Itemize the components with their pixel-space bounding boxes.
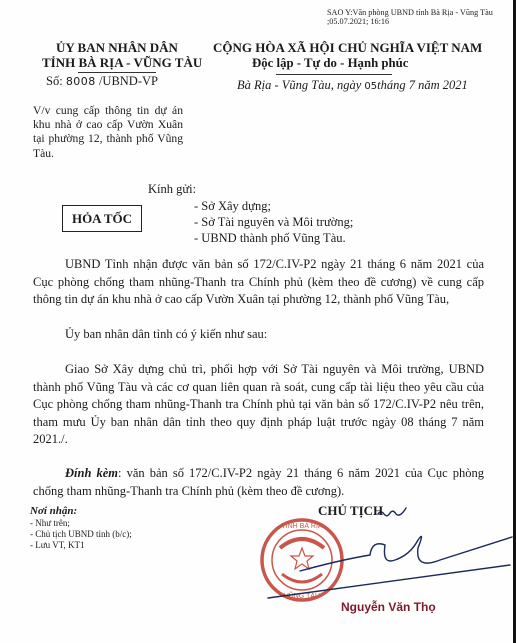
org-underline <box>78 72 156 73</box>
urgency-badge: HỎA TỐC <box>62 205 142 232</box>
place-date-day: 05 <box>364 81 377 92</box>
recipient-item: - Như trên; <box>30 518 132 529</box>
signer-position: CHỦ TỊCH <box>318 503 383 519</box>
official-seal-icon: TỈNH BÀ RỊA VŨNG TÀU <box>262 520 342 600</box>
copy-stamp-line1: SAO Y:Văn phòng UBND tỉnh Bà Rịa - Vũng … <box>327 8 493 17</box>
addressee-item: - Sở Tài nguyên và Môi trường; <box>194 214 353 230</box>
recipients-list: - Như trên; - Chủ tịch UBND tỉnh (b/c); … <box>30 518 132 551</box>
addressee-list: - Sở Xây dựng; - Sở Tài nguyên và Môi tr… <box>194 198 353 246</box>
doc-no-value: 8008 <box>66 75 96 88</box>
body-paragraph-2: Ủy ban nhân dân tỉnh có ý kiến như sau: <box>33 326 484 344</box>
national-title: CỘNG HÒA XÃ HỘI CHỦ NGHĨA VIỆT NAM <box>213 40 482 56</box>
place-date-prefix: Bà Rịa - Vũng Tàu, ngày <box>237 78 364 92</box>
body-paragraph-1: UBND Tỉnh nhận được văn bản số 172/C.IV-… <box>33 256 484 309</box>
doc-no-suffix: /UBND-VP <box>99 74 158 88</box>
national-motto: Độc lập - Tự do - Hạnh phúc <box>252 56 408 71</box>
svg-text:TỈNH BÀ RỊA: TỈNH BÀ RỊA <box>281 521 323 530</box>
document-number: Số: 8008 /UBND-VP <box>46 74 158 89</box>
addressee-label: Kính gửi: <box>148 182 196 197</box>
recipients-title: Nơi nhận: <box>30 505 77 517</box>
recipient-item: - Chủ tịch UBND tỉnh (b/c); <box>30 529 132 540</box>
document-page: SAO Y:Văn phòng UBND tỉnh Bà Rịa - Vũng … <box>0 0 513 643</box>
issuing-org-line2: TỈNH BÀ RỊA - VŨNG TÀU <box>42 55 202 71</box>
attachment-label: Đính kèm <box>65 466 118 480</box>
addressee-item: - UBND thành phố Vũng Tàu. <box>194 230 353 246</box>
recipient-item: - Lưu VT, KT1 <box>30 540 132 551</box>
svg-text:VŨNG TÀU: VŨNG TÀU <box>284 591 320 600</box>
place-date: Bà Rịa - Vũng Tàu, ngày 05tháng 7 năm 20… <box>237 78 468 93</box>
attachment-paragraph: Đính kèm: văn bản số 172/C.IV-P2 ngày 21… <box>33 465 484 500</box>
motto-underline <box>276 74 392 75</box>
issuing-org-line1: ỦY BAN NHÂN DÂN <box>56 40 178 56</box>
copy-stamp: SAO Y:Văn phòng UBND tỉnh Bà Rịa - Vũng … <box>327 8 493 26</box>
document-subject: V/v cung cấp thông tin dự án khu nhà ở c… <box>33 104 183 161</box>
copy-stamp-line2: ;05.07.2021; 16:16 <box>327 17 493 26</box>
doc-no-label: Số: <box>46 74 63 88</box>
body-paragraph-3: Giao Sở Xây dựng chủ trì, phối hợp với S… <box>33 361 484 449</box>
addressee-item: - Sở Xây dựng; <box>194 198 353 214</box>
handwritten-signature-icon <box>268 508 512 598</box>
place-date-suffix: tháng 7 năm 2021 <box>377 78 468 92</box>
signer-name: Nguyễn Văn Thọ <box>341 600 436 614</box>
